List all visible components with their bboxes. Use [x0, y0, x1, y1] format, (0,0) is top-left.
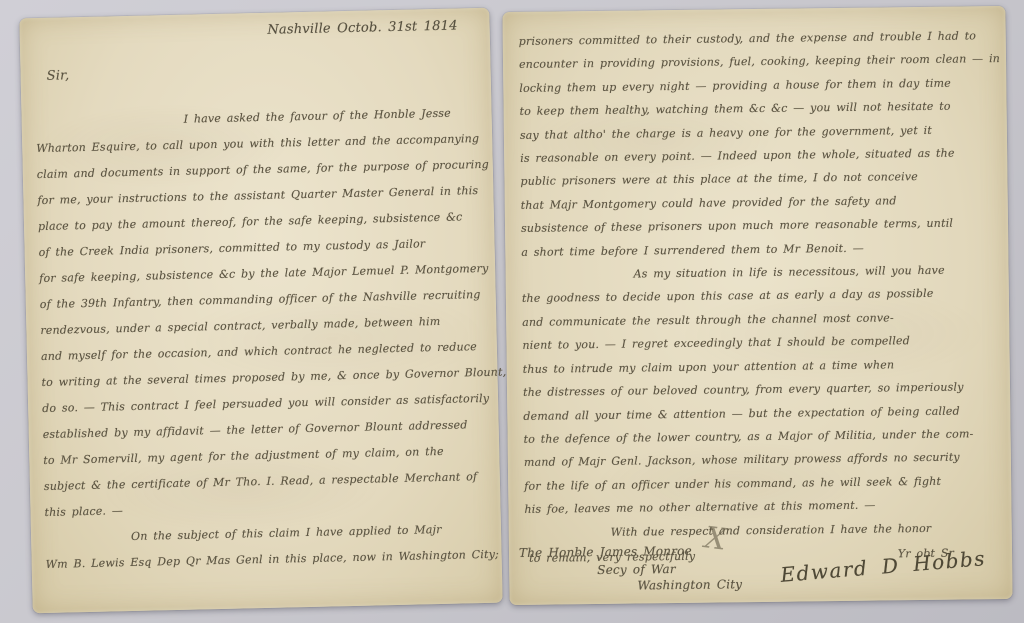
- photograph-background: Nashville Octob. 31st 1814 Sir, I have a…: [0, 0, 1024, 623]
- letter-page-left: Nashville Octob. 31st 1814 Sir, I have a…: [19, 8, 502, 614]
- letter-body-left: I have asked the favour of the Honble Je…: [21, 74, 502, 579]
- letter-body-right: prisoners committed to their custody, an…: [502, 6, 1011, 522]
- address-line: Washington City: [519, 576, 742, 595]
- x-mark: X: [703, 520, 729, 557]
- letter-page-right: prisoners committed to their custody, an…: [502, 6, 1012, 605]
